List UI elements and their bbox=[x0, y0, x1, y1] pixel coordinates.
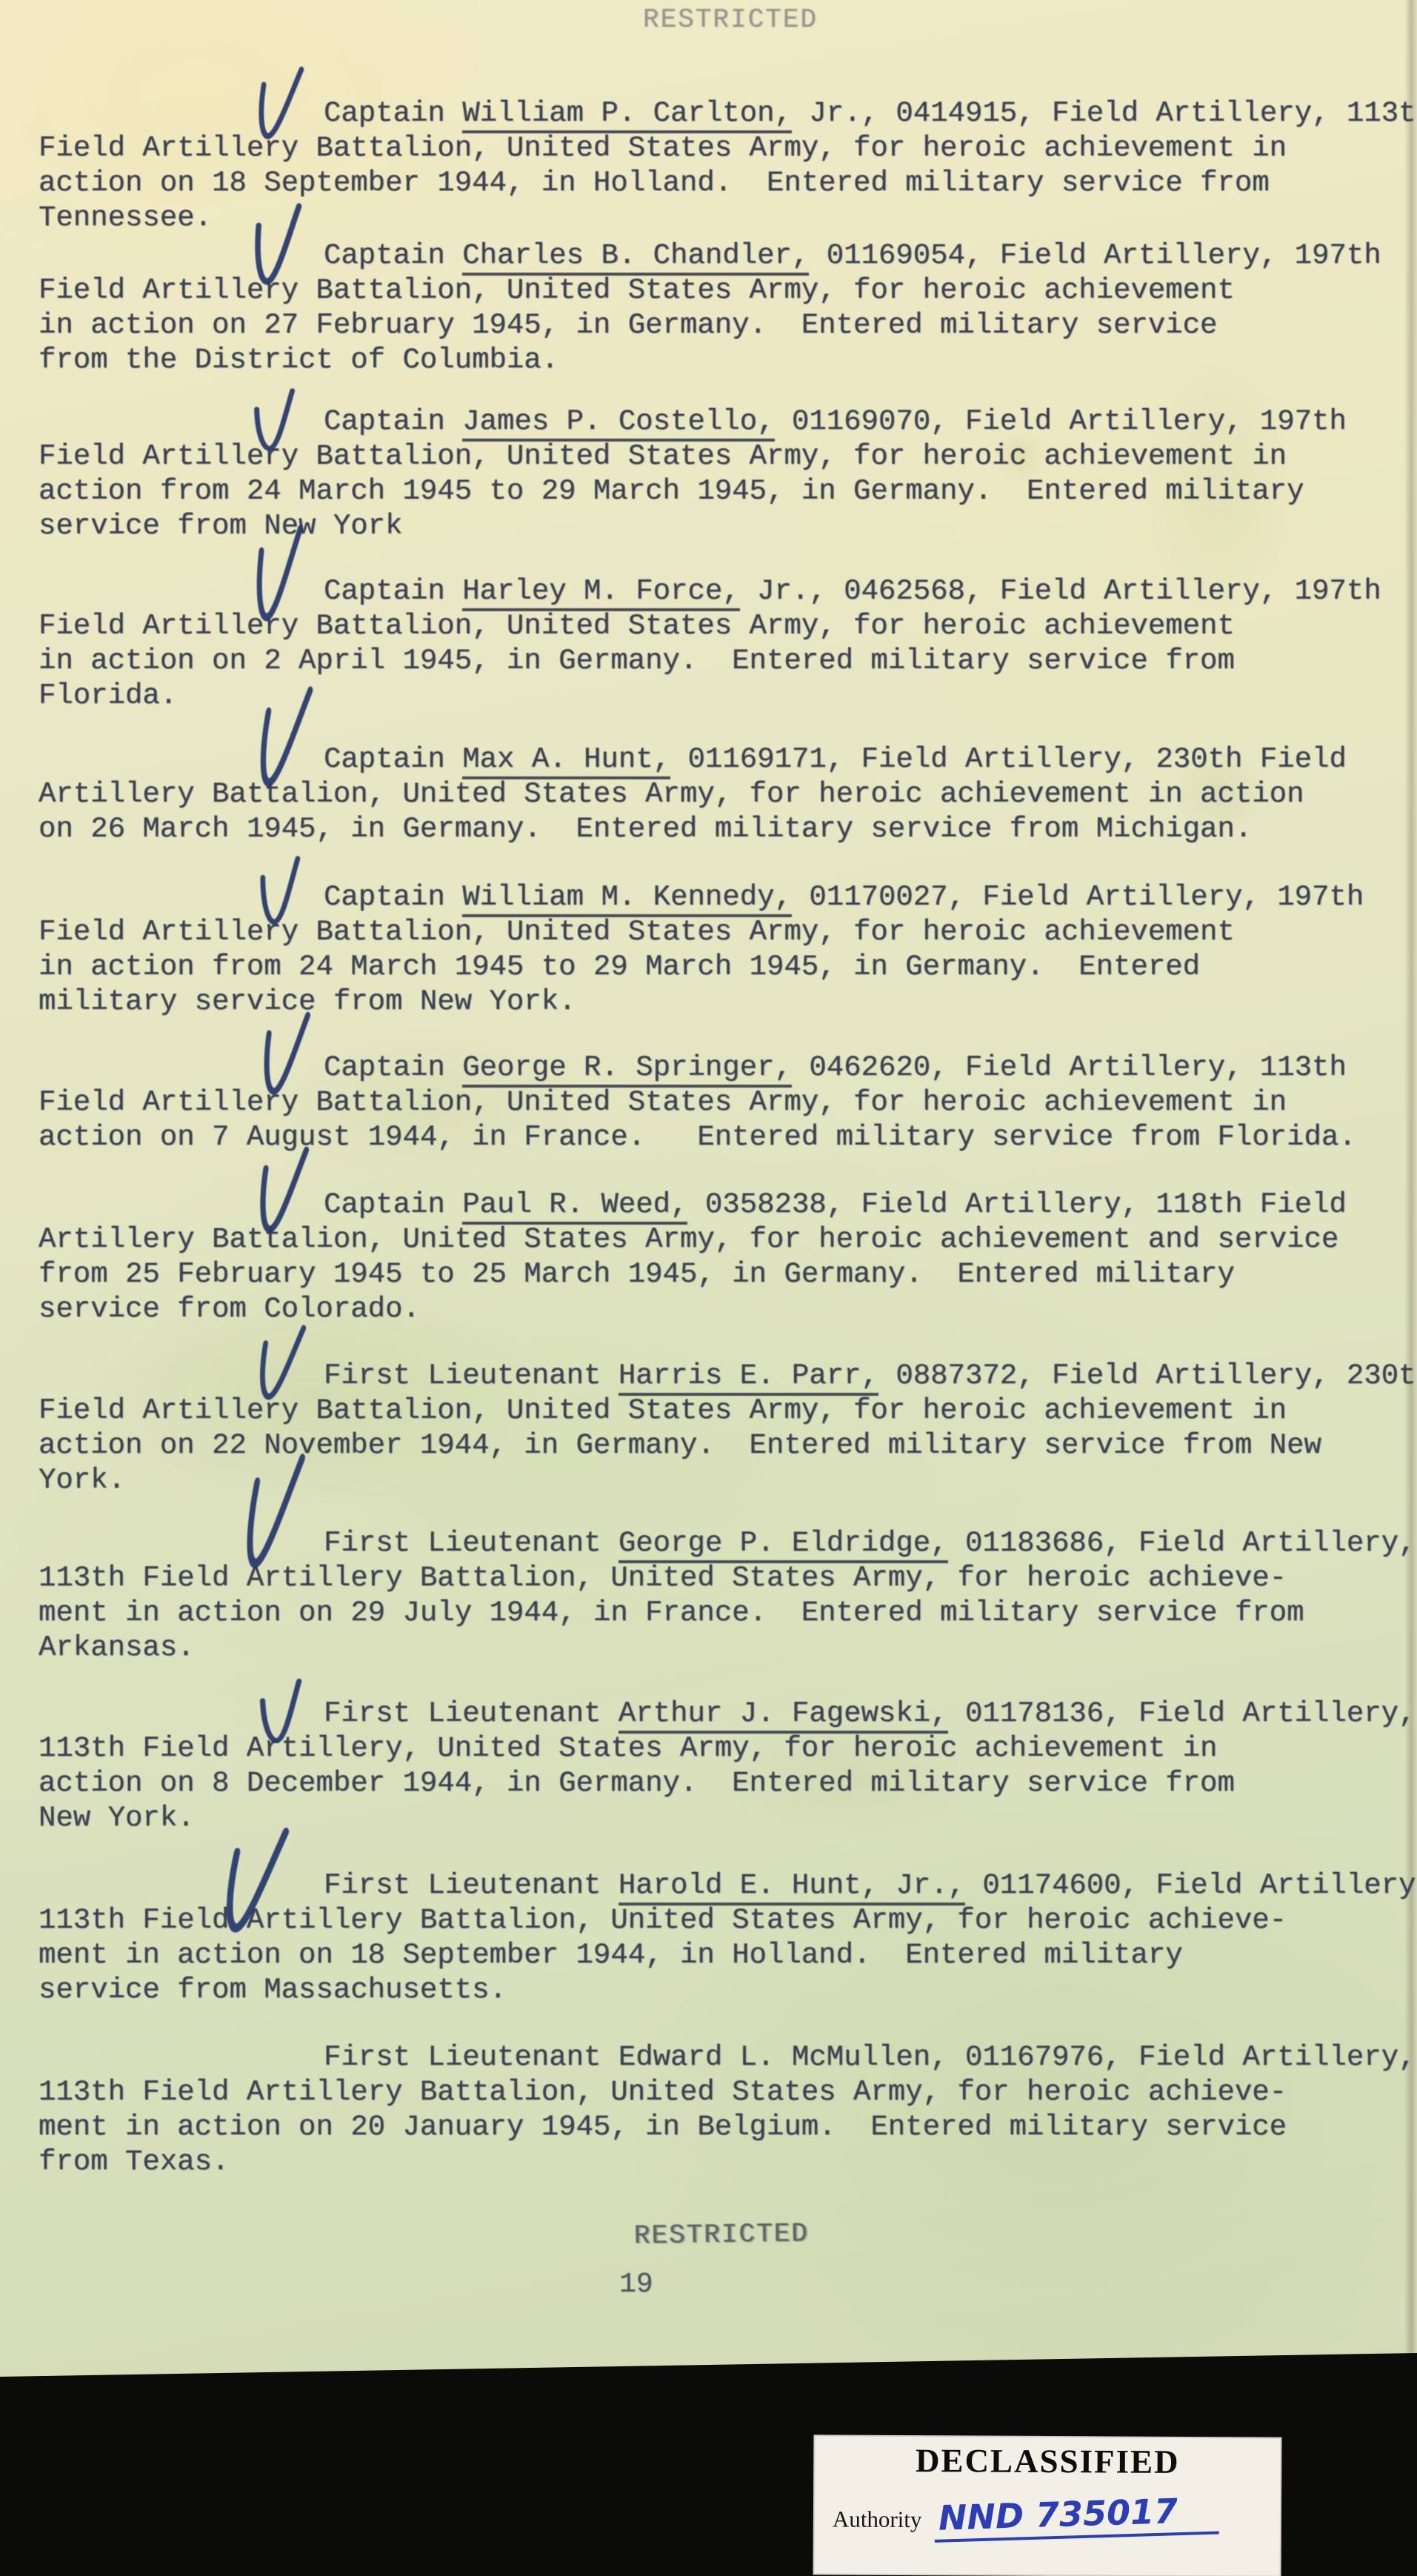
citation-line: in action from 24 March 1945 to 29 March… bbox=[39, 950, 1394, 985]
citation-line: Field Artillery Battalion, United States… bbox=[39, 1394, 1394, 1428]
officer-name: Harley M. Force, bbox=[462, 575, 739, 611]
rank-text: First Lieutenant bbox=[324, 2041, 619, 2074]
officer-name: Harold E. Hunt, Jr., bbox=[619, 1869, 965, 1906]
citation-line: in action on 2 April 1945, in Germany. E… bbox=[39, 644, 1394, 679]
checkmark-icon bbox=[254, 60, 305, 144]
citation-line: on 26 March 1945, in Germany. Entered mi… bbox=[39, 812, 1394, 847]
citation-line: 113th Field Artillery Battalion, United … bbox=[39, 2075, 1394, 2110]
classification-header: RESTRICTED bbox=[643, 4, 818, 35]
citation-line: Artillery Battalion, United States Army,… bbox=[39, 1222, 1394, 1257]
citation-line: military service from New York. bbox=[39, 985, 1394, 1019]
citation-line: action from 24 March 1945 to 29 March 19… bbox=[39, 474, 1394, 509]
rank-text: First Lieutenant bbox=[324, 1359, 619, 1392]
officer-name: Charles B. Chandler, bbox=[462, 239, 809, 276]
citation-text: 01178136, Field Artillery, bbox=[948, 1697, 1416, 1730]
rank-text: Captain bbox=[324, 1188, 462, 1221]
citation-line: Field Artillery Battalion, United States… bbox=[39, 1085, 1394, 1120]
citation-text: 01174600, Field Artillery, bbox=[965, 1869, 1417, 1902]
citation-paragraph: Captain Paul R. Weed, 0358238, Field Art… bbox=[39, 1188, 1394, 1327]
citation-paragraph: First Lieutenant Edward L. McMullen, 011… bbox=[39, 2040, 1394, 2180]
authority-handwritten-value: NND 735017 bbox=[933, 2490, 1219, 2543]
citation-line: from the District of Columbia. bbox=[39, 343, 1394, 378]
checkmark-icon bbox=[252, 199, 302, 288]
rank-text: First Lieutenant bbox=[324, 1697, 619, 1730]
officer-name: William P. Carlton, bbox=[462, 97, 792, 133]
citation-line: Artillery Battalion, United States Army,… bbox=[39, 777, 1394, 812]
checkmark-icon bbox=[256, 1677, 309, 1746]
citation-text: Jr., 0462568, Field Artillery, 197th bbox=[740, 575, 1381, 608]
citation-text: Jr., 0414915, Field Artillery, 113th bbox=[792, 97, 1417, 130]
citation-paragraph: Captain George R. Springer, 0462620, Fie… bbox=[39, 1051, 1394, 1155]
citation-text: 0887372, Field Artillery, 230th bbox=[878, 1359, 1417, 1392]
officer-name: Max A. Hunt, bbox=[462, 743, 670, 779]
citation-line: action on 8 December 1944, in Germany. E… bbox=[39, 1766, 1394, 1801]
citation-paragraph: Captain William M. Kennedy, 01170027, Fi… bbox=[39, 880, 1394, 1019]
officer-name: George P. Eldridge, bbox=[619, 1527, 948, 1563]
citation-text: 01170027, Field Artillery, 197th bbox=[792, 881, 1364, 913]
citation-line: ment in action on 18 September 1944, in … bbox=[39, 1938, 1394, 1973]
classification-footer: RESTRICTED bbox=[634, 2218, 810, 2251]
citation-text: 01169070, Field Artillery, 197th bbox=[775, 405, 1347, 438]
rank-text: Captain bbox=[324, 405, 462, 438]
citation-text: 0462620, Field Artillery, 113th bbox=[792, 1051, 1347, 1084]
citation-text: 01183686, Field Artillery, bbox=[948, 1527, 1416, 1560]
citation-text: 01169054, Field Artillery, 197th bbox=[809, 239, 1381, 272]
rank-text: Captain bbox=[324, 743, 462, 776]
officer-name: Harris E. Parr, bbox=[619, 1359, 878, 1396]
officer-name: William M. Kennedy, bbox=[462, 881, 792, 917]
authority-label: Authority bbox=[833, 2506, 922, 2537]
citation-paragraph: Captain James P. Costello, 01169070, Fie… bbox=[39, 405, 1394, 544]
checkmark-icon bbox=[250, 387, 300, 454]
declassified-stamp-title: DECLASSIFIED bbox=[813, 2440, 1281, 2481]
citation-paragraph: Captain William P. Carlton, Jr., 0414915… bbox=[39, 96, 1394, 236]
citation-line: ment in action on 20 January 1945, in Be… bbox=[39, 2110, 1394, 2145]
citation-line: from 25 February 1945 to 25 March 1945, … bbox=[39, 1257, 1394, 1292]
citation-line: in action on 27 February 1945, in German… bbox=[39, 308, 1394, 343]
rank-text: First Lieutenant bbox=[324, 1527, 619, 1560]
rank-text: Captain bbox=[324, 97, 462, 130]
citation-line: Field Artillery Battalion, United States… bbox=[39, 609, 1394, 644]
citation-line: action on 22 November 1944, in Germany. … bbox=[39, 1428, 1394, 1463]
rank-text: Captain bbox=[324, 575, 462, 608]
citation-line: Tennessee. bbox=[39, 201, 1394, 236]
citation-line: service from Massachusetts. bbox=[39, 1973, 1394, 2008]
citation-line: action on 7 August 1944, in France. Ente… bbox=[39, 1120, 1394, 1155]
citation-line: Field Artillery Battalion, United States… bbox=[39, 273, 1394, 308]
rank-text: Captain bbox=[324, 239, 462, 272]
citation-paragraph: First Lieutenant Arthur J. Fagewski, 011… bbox=[39, 1697, 1394, 1836]
citation-text: Edward L. McMullen, 01167976, Field Arti… bbox=[619, 2041, 1416, 2074]
officer-name: George R. Springer, bbox=[462, 1051, 792, 1088]
citation-paragraph: First Lieutenant Harold E. Hunt, Jr., 01… bbox=[39, 1868, 1394, 2008]
checkmark-icon bbox=[258, 854, 304, 928]
officer-name: Paul R. Weed, bbox=[462, 1188, 687, 1225]
checkmark-icon bbox=[259, 1006, 311, 1100]
citation-line: service from New York bbox=[39, 509, 1394, 544]
citation-text: 0358238, Field Artillery, 118th Field bbox=[687, 1188, 1346, 1221]
citation-line: Arkansas. bbox=[39, 1631, 1394, 1665]
rank-text: First Lieutenant bbox=[324, 1869, 619, 1902]
declassified-stamp: DECLASSIFIED Authority NND 735017 bbox=[813, 2434, 1282, 2576]
officer-name: Arthur J. Fagewski, bbox=[619, 1697, 948, 1734]
citation-text: 01169171, Field Artillery, 230th Field bbox=[670, 743, 1347, 776]
rank-text: Captain bbox=[324, 881, 462, 913]
citation-paragraph: First Lieutenant George P. Eldridge, 011… bbox=[39, 1526, 1394, 1665]
citation-line: Florida. bbox=[39, 679, 1394, 713]
declassified-authority-row: Authority NND 735017 bbox=[833, 2492, 1281, 2539]
scanned-document: RESTRICTED Captain William P. Carlton, J… bbox=[0, 0, 1417, 2576]
citation-line: Field Artillery Battalion, United States… bbox=[39, 439, 1394, 474]
citation-line: York. bbox=[39, 1463, 1394, 1498]
checkmark-icon bbox=[254, 1139, 310, 1239]
page-number: 19 bbox=[619, 2269, 653, 2300]
citation-line: Field Artillery Battalion, United States… bbox=[39, 915, 1394, 950]
citation-line: service from Colorado. bbox=[39, 1292, 1394, 1327]
officer-name: James P. Costello, bbox=[462, 405, 774, 442]
checkmark-icon bbox=[252, 519, 304, 626]
citation-paragraph: Captain Charles B. Chandler, 01169054, F… bbox=[39, 239, 1394, 378]
citation-line: ment in action on 29 July 1944, in Franc… bbox=[39, 1596, 1394, 1631]
rank-text: Captain bbox=[324, 1051, 462, 1084]
citation-paragraph: Captain Max A. Hunt, 01169171, Field Art… bbox=[39, 742, 1394, 847]
citation-line: 113th Field Artillery, United States Arm… bbox=[39, 1731, 1394, 1766]
citation-paragraph: Captain Harley M. Force, Jr., 0462568, F… bbox=[39, 574, 1394, 713]
citation-paragraph: First Lieutenant Harris E. Parr, 0887372… bbox=[39, 1359, 1394, 1498]
citation-line: Field Artillery Battalion, United States… bbox=[39, 131, 1394, 166]
citation-line: from Texas. bbox=[39, 2145, 1394, 2180]
citation-line: action on 18 September 1944, in Holland.… bbox=[39, 166, 1394, 201]
